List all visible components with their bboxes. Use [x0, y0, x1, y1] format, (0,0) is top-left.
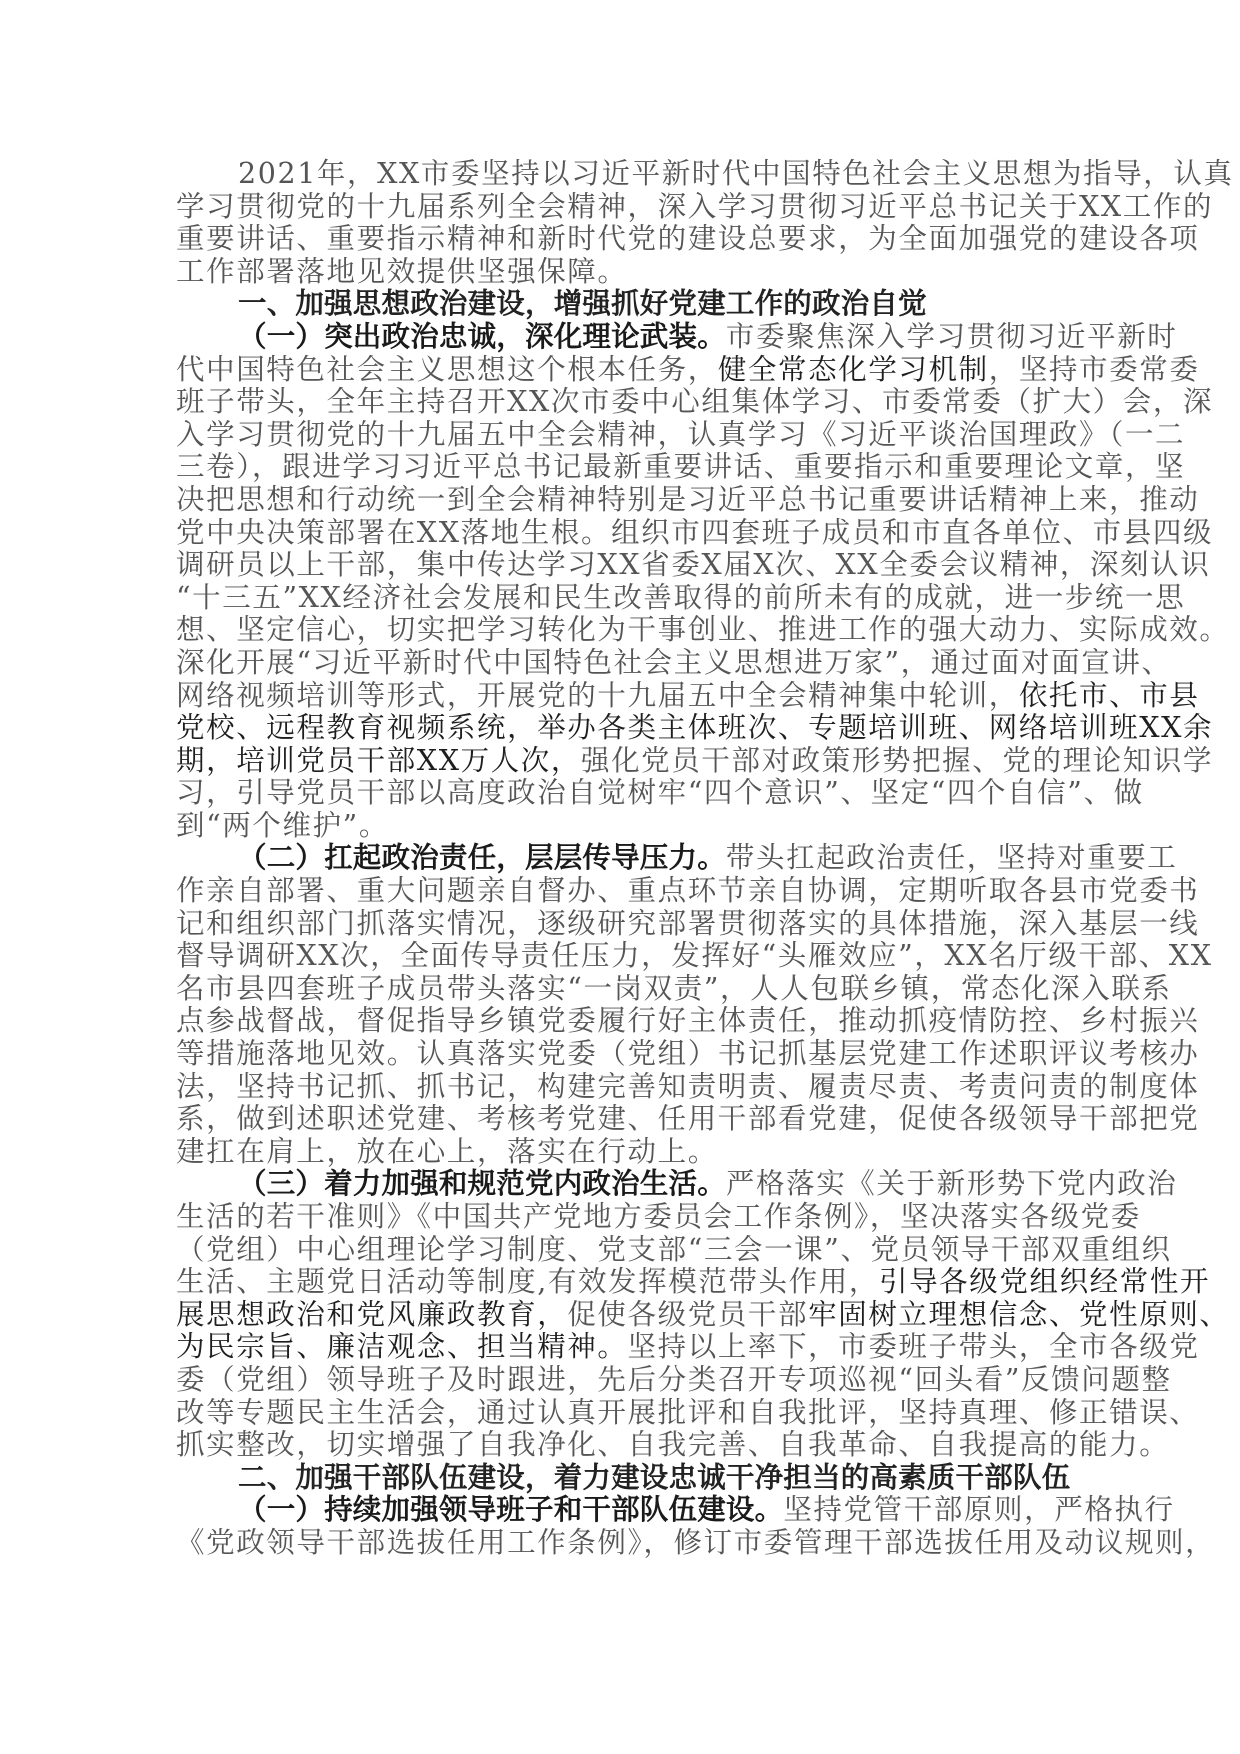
body-text: 严格落实《关于新形势下党内政治 — [726, 1167, 1178, 1200]
text-line: 到“两个维护”。 — [176, 810, 1048, 843]
body-text: 学习贯彻党的十九届系列全会精神，深入学习贯彻习近平总书记关于XX工作的 — [176, 190, 1213, 223]
body-text: 促使各级党员干部 — [567, 1298, 808, 1331]
emphasized-text: 牢固树立理想信念、党性原则、 — [808, 1298, 1229, 1331]
body-text: 系，做到述职述党建、考核考党建、任用干部看党建，促使各级领导干部把党 — [176, 1102, 1199, 1135]
text-line: （三）着力加强和规范党内政治生活。严格落实《关于新形势下党内政治 — [176, 1168, 1048, 1201]
emphasized-text: 依托市、市县 — [1019, 679, 1200, 712]
text-line: 《党政领导干部选拔任用工作条例》，修订市委管理干部选拔任用及动议规则， — [176, 1527, 1048, 1560]
body-text: 工作部署落地见效提供坚强保障。 — [176, 255, 628, 288]
paragraph: （二）扛起政治责任，层层传导压力。带头扛起政治责任，坚持对重要工作亲自部署、重大… — [176, 842, 1048, 1168]
body-text: （党组）中心组理论学习制度、党支部“三会一课”、党员领导干部双重组织 — [176, 1233, 1172, 1266]
body-text: 带头扛起政治责任，坚持对重要工 — [726, 841, 1178, 874]
body-text: 习，引导党员干部以高度政治自觉树牢“四个意识”、坚定“四个自信”、做 — [176, 776, 1144, 809]
body-text: 班子带头，全年主持召开XX次市委中心组集体学习、市委常委（扩大）会，深 — [176, 385, 1213, 418]
body-text: 代中国特色社会主义思想这个根本任务， — [176, 353, 718, 386]
subsection-title: （三）着力加强和规范党内政治生活。 — [238, 1167, 726, 1200]
text-line: 督导调研XX次，全面传导责任压力，发挥好“头雁效应”，XX名厅级干部、XX — [176, 940, 1048, 973]
text-line: 党校、远程教育视频系统，举办各类主体班次、专题培训班、网络培训班XX余 — [176, 712, 1048, 745]
text-line: 委（党组）领导班子及时跟进，先后分类召开专项巡视“回头看”反馈问题整 — [176, 1364, 1048, 1397]
body-text: 等措施落地见效。认真落实党委（党组）书记抓基层党建工作述职评议考核办 — [176, 1037, 1199, 1070]
text-line: 网络视频培训等形式，开展党的十九届五中全会精神集中轮训，依托市、市县 — [176, 680, 1048, 713]
body-text: 督导调研XX次，全面传导责任压力，发挥好“头雁效应”，XX名厅级干部、XX — [176, 939, 1213, 972]
subsection-title: （一）持续加强领导班子和干部队伍建设。 — [238, 1493, 783, 1526]
text-line: 学习贯彻党的十九届系列全会精神，深入学习贯彻习近平总书记关于XX工作的 — [176, 191, 1048, 224]
paragraph: （一）突出政治忠诚，深化理论武装。市委聚焦深入学习贯彻习近平新时代中国特色社会主… — [176, 321, 1048, 843]
body-text: 党中央决策部署在XX落地生根。组织市四套班子成员和市直各单位、市县四级 — [176, 516, 1213, 549]
text-line: 作亲自部署、重大问题亲自督办、重点环节亲自协调，定期听取各县市党委书 — [176, 875, 1048, 908]
body-text: 深化开展“习近平新时代中国特色社会主义思想进万家”，通过面对面宣讲、 — [176, 646, 1172, 679]
body-text: 到“两个维护”。 — [176, 809, 389, 842]
body-text: 抓实整改，切实增强了自我净化、自我完善、自我革命、自我提高的能力。 — [176, 1428, 1169, 1461]
body-text: 法，坚持书记抓、抓书记，构建完善知责明责、履责尽责、考责问责的制度体 — [176, 1070, 1199, 1103]
text-line: 调研员以上干部，集中传达学习XX省委X届X次、XX全委会议精神，深刻认识 — [176, 549, 1048, 582]
emphasized-text: 期，培训党员干部XX万人次， — [176, 744, 581, 777]
text-line: 入学习贯彻党的十九届五中全会精神，认真学习《习近平谈治国理政》（一二 — [176, 419, 1048, 452]
body-text: 2021年，XX市委坚持以习近平新时代中国特色社会主义思想为指导，认真 — [238, 157, 1234, 190]
text-line: 建扛在肩上，放在心上，落实在行动上。 — [176, 1136, 1048, 1169]
body-text: ，坚持市委常委 — [989, 353, 1200, 386]
body-text: 坚持党管干部原则，严格执行 — [783, 1493, 1174, 1526]
text-line: 改等专题民主生活会，通过认真开展批评和自我批评，坚持真理、修正错误、 — [176, 1397, 1048, 1430]
body-text: 强化党员干部对政策形势把握、党的理论知识学 — [581, 744, 1213, 777]
emphasized-text: 展思想政治和党风廉政教育， — [176, 1298, 567, 1331]
heading-text: 一、加强思想政治建设，增强抓好党建工作的政治自觉 — [176, 288, 1048, 321]
body-text: 生活的若干准则》《中国共产党地方委员会工作条例》，坚决落实各级党委 — [176, 1200, 1141, 1233]
text-line: 工作部署落地见效提供坚强保障。 — [176, 256, 1048, 289]
text-line: 法，坚持书记抓、抓书记，构建完善知责明责、履责尽责、考责问责的制度体 — [176, 1071, 1048, 1104]
text-line: 班子带头，全年主持召开XX次市委中心组集体学习、市委常委（扩大）会，深 — [176, 386, 1048, 419]
text-line: 生活、主题党日活动等制度,有效发挥模范带头作用，引导各级党组织经常性开 — [176, 1266, 1048, 1299]
text-line: 代中国特色社会主义思想这个根本任务，健全常态化学习机制，坚持市委常委 — [176, 354, 1048, 387]
text-line: 想、坚定信心，切实把学习转化为干事创业、推进工作的强大动力、实际成效。 — [176, 614, 1048, 647]
document-page: 2021年，XX市委坚持以习近平新时代中国特色社会主义思想为指导，认真学习贯彻党… — [176, 158, 1048, 1560]
body-text: 生活、主题党日活动等制度,有效发挥模范带头作用， — [176, 1265, 879, 1298]
section-heading: 一、加强思想政治建设，增强抓好党建工作的政治自觉 — [176, 288, 1048, 321]
body-text: 名市县四套班子成员带头落实“一岗双责”，人人包联乡镇，常态化深入联系 — [176, 972, 1172, 1005]
body-text: 《党政领导干部选拔任用工作条例》，修订市委管理干部选拔任用及动议规则， — [176, 1526, 1215, 1559]
text-line: 重要讲话、重要指示精神和新时代党的建设总要求，为全面加强党的建设各项 — [176, 223, 1048, 256]
subsection-title: （一）突出政治忠诚，深化理论武装。 — [238, 320, 726, 353]
text-line: 展思想政治和党风廉政教育，促使各级党员干部牢固树立理想信念、党性原则、 — [176, 1299, 1048, 1332]
body-text: 决把思想和行动统一到全会精神特别是习近平总书记重要讲话精神上来，推动 — [176, 483, 1199, 516]
body-text: 市委聚焦深入学习贯彻习近平新时 — [726, 320, 1178, 353]
paragraph: （一）持续加强领导班子和干部队伍建设。坚持党管干部原则，严格执行《党政领导干部选… — [176, 1494, 1048, 1559]
emphasized-text: 为民宗旨、廉洁观念、担当精神。 — [176, 1330, 628, 1363]
heading-text: 二、加强干部队伍建设，着力建设忠诚干净担当的高素质干部队伍 — [176, 1462, 1048, 1495]
text-line: “十三五”XX经济社会发展和民生改善取得的前所未有的成就，进一步统一思 — [176, 582, 1048, 615]
body-text: “十三五”XX经济社会发展和民生改善取得的前所未有的成就，进一步统一思 — [176, 581, 1185, 614]
body-text: 三卷），跟进学习习近平总书记最新重要讲话、重要指示和重要理论文章，坚 — [176, 450, 1185, 483]
text-line: 生活的若干准则》《中国共产党地方委员会工作条例》，坚决落实各级党委 — [176, 1201, 1048, 1234]
text-line: 点参战督战，督促指导乡镇党委履行好主体责任，推动抓疫情防控、乡村振兴 — [176, 1005, 1048, 1038]
text-line: 为民宗旨、廉洁观念、担当精神。坚持以上率下，市委班子带头，全市各级党 — [176, 1331, 1048, 1364]
text-line: 决把思想和行动统一到全会精神特别是习近平总书记重要讲话精神上来，推动 — [176, 484, 1048, 517]
body-text: 记和组织部门抓落实情况，逐级研究部署贯彻落实的具体措施，深入基层一线 — [176, 907, 1199, 940]
body-text: 网络视频培训等形式，开展党的十九届五中全会精神集中轮训， — [176, 679, 1019, 712]
text-line: 三卷），跟进学习习近平总书记最新重要讲话、重要指示和重要理论文章，坚 — [176, 451, 1048, 484]
emphasized-text: 引导各级党组织经常性开 — [879, 1265, 1210, 1298]
text-line: 记和组织部门抓落实情况，逐级研究部署贯彻落实的具体措施，深入基层一线 — [176, 908, 1048, 941]
emphasized-text: 党校、远程教育视频系统，举办各类主体班次、专题培训班、网络培训班XX余 — [176, 711, 1213, 744]
body-text: 想、坚定信心，切实把学习转化为干事创业、推进工作的强大动力、实际成效。 — [176, 613, 1230, 646]
body-text: 重要讲话、重要指示精神和新时代党的建设总要求，为全面加强党的建设各项 — [176, 222, 1199, 255]
emphasized-text: 健全常态化学习机制 — [718, 353, 989, 386]
body-text: 入学习贯彻党的十九届五中全会精神，认真学习《习近平谈治国理政》（一二 — [176, 418, 1185, 451]
text-line: （党组）中心组理论学习制度、党支部“三会一课”、党员领导干部双重组织 — [176, 1234, 1048, 1267]
text-line: 深化开展“习近平新时代中国特色社会主义思想进万家”，通过面对面宣讲、 — [176, 647, 1048, 680]
text-line: 等措施落地见效。认真落实党委（党组）书记抓基层党建工作述职评议考核办 — [176, 1038, 1048, 1071]
text-line: 期，培训党员干部XX万人次，强化党员干部对政策形势把握、党的理论知识学 — [176, 745, 1048, 778]
section-heading: 二、加强干部队伍建设，着力建设忠诚干净担当的高素质干部队伍 — [176, 1462, 1048, 1495]
body-text: 委（党组）领导班子及时跟进，先后分类召开专项巡视“回头看”反馈问题整 — [176, 1363, 1172, 1396]
text-line: 名市县四套班子成员带头落实“一岗双责”，人人包联乡镇，常态化深入联系 — [176, 973, 1048, 1006]
text-line: 系，做到述职述党建、考核考党建、任用干部看党建，促使各级领导干部把党 — [176, 1103, 1048, 1136]
text-line: 抓实整改，切实增强了自我净化、自我完善、自我革命、自我提高的能力。 — [176, 1429, 1048, 1462]
body-text: 作亲自部署、重大问题亲自督办、重点环节亲自协调，定期听取各县市党委书 — [176, 874, 1199, 907]
text-line: （一）持续加强领导班子和干部队伍建设。坚持党管干部原则，严格执行 — [176, 1494, 1048, 1527]
body-text: 建扛在肩上，放在心上，落实在行动上。 — [176, 1135, 718, 1168]
body-text: 改等专题民主生活会，通过认真开展批评和自我批评，坚持真理、修正错误、 — [176, 1396, 1199, 1429]
text-line: 习，引导党员干部以高度政治自觉树牢“四个意识”、坚定“四个自信”、做 — [176, 777, 1048, 810]
text-line: （二）扛起政治责任，层层传导压力。带头扛起政治责任，坚持对重要工 — [176, 842, 1048, 875]
paragraph: （三）着力加强和规范党内政治生活。严格落实《关于新形势下党内政治生活的若干准则》… — [176, 1168, 1048, 1461]
text-line: （一）突出政治忠诚，深化理论武装。市委聚焦深入学习贯彻习近平新时 — [176, 321, 1048, 354]
text-line: 2021年，XX市委坚持以习近平新时代中国特色社会主义思想为指导，认真 — [176, 158, 1048, 191]
paragraph: 2021年，XX市委坚持以习近平新时代中国特色社会主义思想为指导，认真学习贯彻党… — [176, 158, 1048, 288]
body-text: 调研员以上干部，集中传达学习XX省委X届X次、XX全委会议精神，深刻认识 — [176, 548, 1210, 581]
body-text: 坚持以上率下，市委班子带头，全市各级党 — [628, 1330, 1200, 1363]
subsection-title: （二）扛起政治责任，层层传导压力。 — [238, 841, 726, 874]
body-text: 点参战督战，督促指导乡镇党委履行好主体责任，推动抓疫情防控、乡村振兴 — [176, 1004, 1199, 1037]
text-line: 党中央决策部署在XX落地生根。组织市四套班子成员和市直各单位、市县四级 — [176, 517, 1048, 550]
